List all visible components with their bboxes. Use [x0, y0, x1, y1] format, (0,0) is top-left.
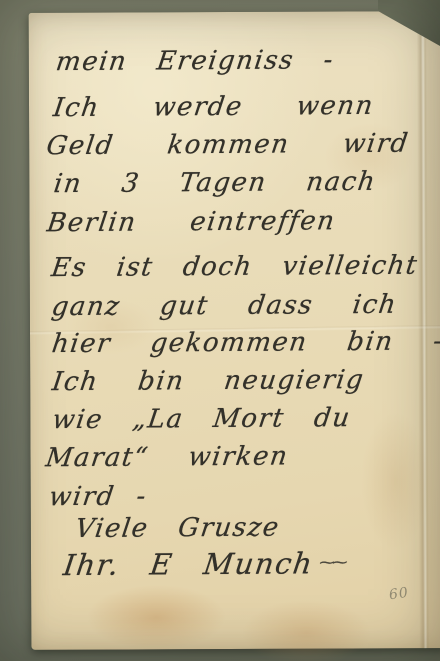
- handwritten-line: Ich bin neugierig: [50, 365, 366, 397]
- handwritten-text-block: mein Ereigniss - Ich werde wenn Geld kom…: [0, 0, 440, 661]
- handwritten-line: Geld kommen wird: [45, 129, 411, 162]
- handwritten-line: wird -: [47, 482, 149, 513]
- handwritten-line: Ich werde wenn: [51, 91, 375, 123]
- letter-photograph: mein Ereigniss - Ich werde wenn Geld kom…: [0, 0, 440, 661]
- handwritten-line: wie „La Mort du: [51, 403, 353, 435]
- handwritten-line: in 3 Tagen nach: [52, 167, 378, 199]
- pencil-number-annotation: 60: [388, 585, 410, 604]
- closing-line: Viele Grusze: [73, 513, 281, 544]
- signature-line: Ihr. E Munch⁓⁓: [61, 546, 347, 582]
- handwritten-line: mein Ereigniss -: [54, 45, 336, 77]
- handwritten-line: Marat“ wirken: [44, 442, 290, 474]
- handwritten-line: Berlin eintreffen: [45, 206, 337, 238]
- handwritten-line: Es ist doch vielleicht: [50, 251, 420, 284]
- handwritten-line: ganz gut dass ich: [50, 290, 399, 322]
- signature-text: Ihr. E Munch: [61, 546, 315, 582]
- signature-flourish: ⁓⁓: [318, 553, 346, 571]
- handwritten-line: hier gekommen bin -: [50, 326, 440, 359]
